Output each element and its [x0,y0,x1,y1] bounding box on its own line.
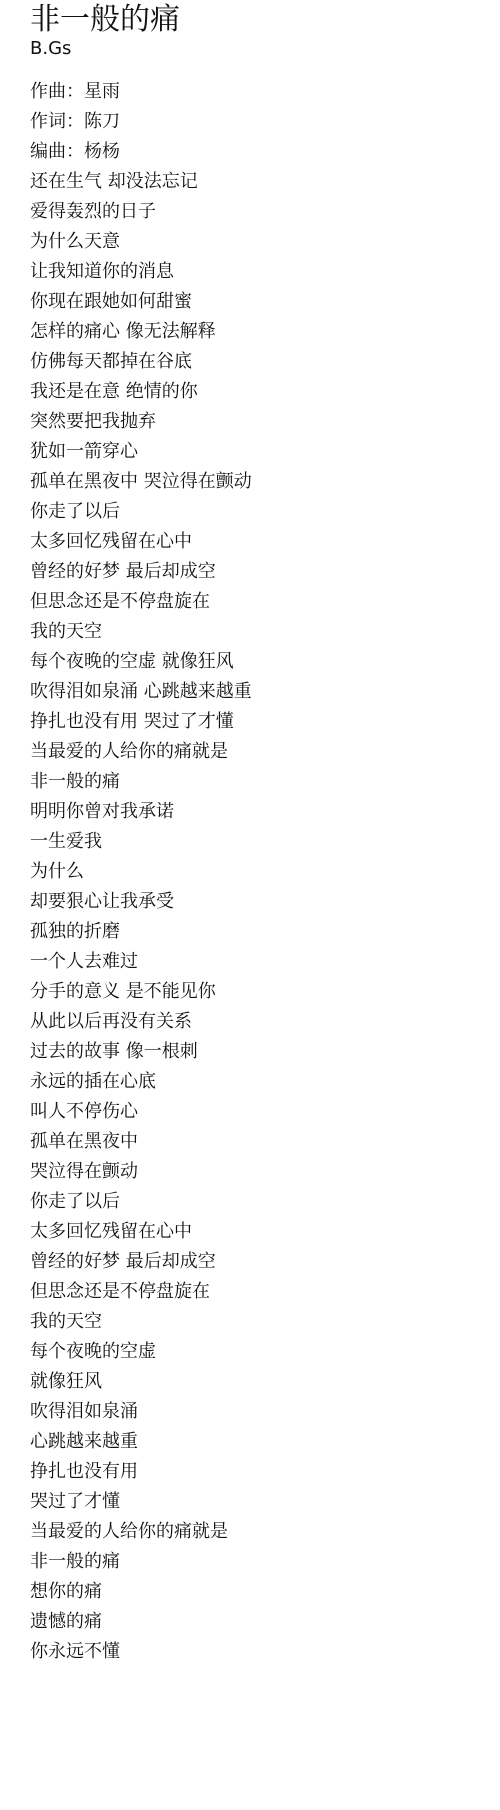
lyric-line: 我的天空 [30,1307,252,1337]
lyric-line: 每个夜晚的空虚 [30,1337,252,1367]
lyric-line: 太多回忆残留在心中 [30,1217,252,1247]
lyric-line: 每个夜晚的空虚 就像狂风 [30,647,252,677]
lyric-line: 挣扎也没有用 哭过了才懂 [30,707,252,737]
lyric-line: 怎样的痛心 像无法解释 [30,317,252,347]
lyric-line: 非一般的痛 [30,1547,252,1577]
lyric-line: 我还是在意 绝情的你 [30,377,252,407]
lyric-line: 你现在跟她如何甜蜜 [30,287,252,317]
lyric-line: 非一般的痛 [30,767,252,797]
lyric-line: 孤独的折磨 [30,917,252,947]
lyric-line: 心跳越来越重 [30,1427,252,1457]
lyric-line: 却要狠心让我承受 [30,887,252,917]
lyric-line: 永远的插在心底 [30,1067,252,1097]
lyric-line: 孤单在黑夜中 [30,1127,252,1157]
lyric-line: 犹如一箭穿心 [30,437,252,467]
lyric-line: 作曲：星雨 [30,77,252,107]
lyrics-page: 非一般的痛 B.Gs 作曲：星雨作词：陈刀编曲：杨杨还在生气 却没法忘记爱得轰烈… [0,0,500,60]
lyric-line: 就像狂风 [30,1367,252,1397]
lyric-line: 让我知道你的消息 [30,257,252,287]
lyric-line: 当最爱的人给你的痛就是 [30,1517,252,1547]
lyric-line: 为什么天意 [30,227,252,257]
lyrics-list: 作曲：星雨作词：陈刀编曲：杨杨还在生气 却没法忘记爱得轰烈的日子为什么天意让我知… [30,77,252,1667]
lyric-line: 孤单在黑夜中 哭泣得在颤动 [30,467,252,497]
lyric-line: 你走了以后 [30,1187,252,1217]
lyric-line: 曾经的好梦 最后却成空 [30,1247,252,1277]
lyric-line: 你永远不懂 [30,1637,252,1667]
lyric-line: 为什么 [30,857,252,887]
lyric-line: 太多回忆残留在心中 [30,527,252,557]
lyric-line: 你走了以后 [30,497,252,527]
artist-name: B.Gs [30,38,500,60]
lyric-line: 吹得泪如泉涌 心跳越来越重 [30,677,252,707]
lyric-line: 我的天空 [30,617,252,647]
lyric-line: 爱得轰烈的日子 [30,197,252,227]
lyric-line: 过去的故事 像一根刺 [30,1037,252,1067]
lyric-line: 挣扎也没有用 [30,1457,252,1487]
lyric-line: 遗憾的痛 [30,1607,252,1637]
lyric-line: 从此以后再没有关系 [30,1007,252,1037]
lyric-line: 分手的意义 是不能见你 [30,977,252,1007]
lyric-line: 一生爱我 [30,827,252,857]
lyric-line: 但思念还是不停盘旋在 [30,587,252,617]
lyric-line: 作词：陈刀 [30,107,252,137]
lyric-line: 叫人不停伤心 [30,1097,252,1127]
lyric-line: 仿佛每天都掉在谷底 [30,347,252,377]
lyric-line: 当最爱的人给你的痛就是 [30,737,252,767]
lyric-line: 但思念还是不停盘旋在 [30,1277,252,1307]
lyric-line: 一个人去难过 [30,947,252,977]
lyric-line: 曾经的好梦 最后却成空 [30,557,252,587]
lyric-line: 还在生气 却没法忘记 [30,167,252,197]
lyric-line: 想你的痛 [30,1577,252,1607]
lyric-line: 明明你曾对我承诺 [30,797,252,827]
lyric-line: 哭泣得在颤动 [30,1157,252,1187]
lyric-line: 编曲：杨杨 [30,137,252,167]
lyric-line: 吹得泪如泉涌 [30,1397,252,1427]
lyric-line: 突然要把我抛弃 [30,407,252,437]
lyric-line: 哭过了才懂 [30,1487,252,1517]
song-title: 非一般的痛 [30,0,500,38]
